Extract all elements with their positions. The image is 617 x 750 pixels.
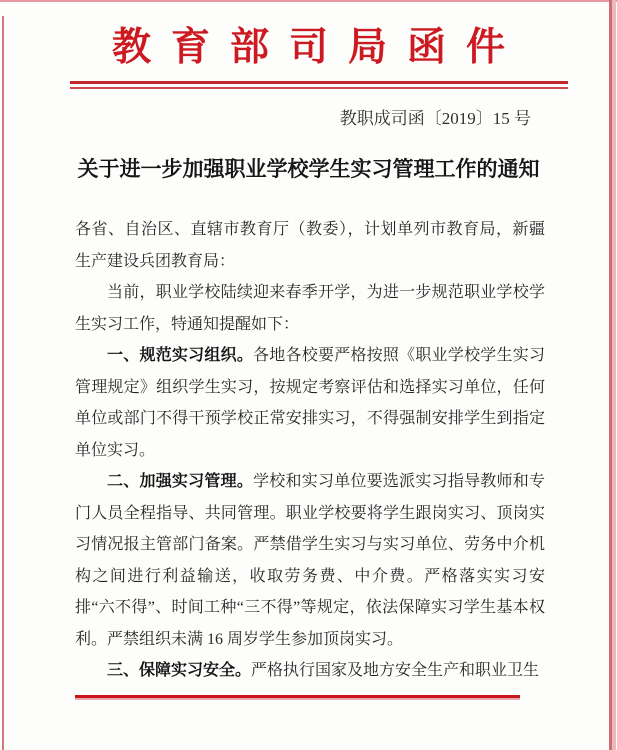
letterhead-divider [70,81,568,89]
document-number: 教职成司函〔2019〕15 号 [0,107,617,131]
item-2-text: 学校和实习单位要选派实习指导教师和专门人员全程指导、共同管理。职业学校要将学生跟… [75,473,545,648]
item-3-text: 严格执行国家及地方安全生产和职业卫生 [251,662,539,679]
item-1-lead: 一、规范实习组织。 [107,347,253,364]
salutation: 各省、自治区、直辖市教育厅（教委），计划单列市教育局，新疆生产建设兵团教育局： [75,214,545,277]
item-paragraph-1: 一、规范实习组织。各地各校要严格按照《职业学校学生实习管理规定》组织学生实习，按… [75,340,545,466]
item-paragraph-3: 三、保障实习安全。严格执行国家及地方安全生产和职业卫生 [75,655,545,687]
scanned-letter-page: 教育部司局函件 教职成司函〔2019〕15 号 关于进一步加强职业学校学生实习管… [0,0,617,750]
scan-edge-right [609,0,616,750]
letterhead-title: 教育部司局函件 [0,0,617,72]
notice-title: 关于进一步加强职业学校学生实习管理工作的通知 [0,155,617,183]
scan-edge-top [0,0,617,2]
footer-divider [75,695,520,700]
item-paragraph-2: 二、加强实习管理。学校和实习单位要选派实习指导教师和专门人员全程指导、共同管理。… [75,466,545,655]
item-2-lead: 二、加强实习管理。 [107,473,253,490]
scan-edge-left [2,16,4,750]
letter-body: 各省、自治区、直辖市教育厅（教委），计划单列市教育局，新疆生产建设兵团教育局： … [75,214,545,687]
item-3-lead: 三、保障实习安全。 [107,662,251,679]
intro-paragraph: 当前，职业学校陆续迎来春季开学，为进一步规范职业学校学生实习工作，特通知提醒如下… [75,277,545,340]
